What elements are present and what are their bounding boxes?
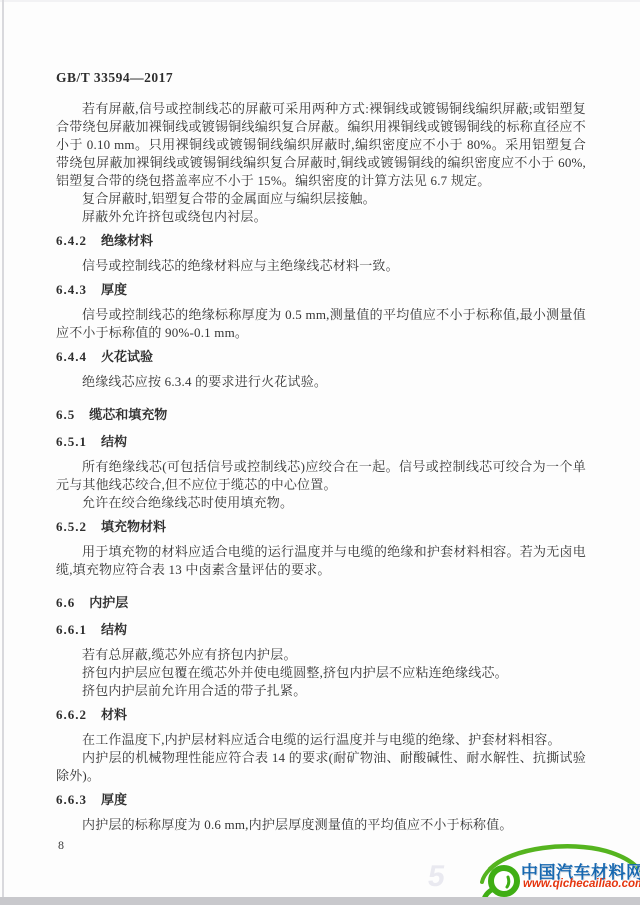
heading-title: 火花试验: [101, 349, 153, 364]
heading-number: 6.4.2: [56, 233, 87, 248]
heading-title: 厚度: [101, 792, 127, 807]
section-heading: 6.6内护层: [56, 594, 586, 612]
paragraph: 屏蔽外允许挤包或绕包内衬层。: [56, 208, 586, 226]
paragraph: 复合屏蔽时,铝塑复合带的金属面应与编织层接触。: [56, 190, 586, 208]
heading-title: 结构: [101, 622, 127, 637]
heading-title: 结构: [101, 434, 127, 449]
heading-number: 6.6.3: [56, 792, 87, 807]
watermark-logo: 中国汽车材料网 www.qichecailiao.com: [478, 841, 640, 901]
paragraph: 内护层的机械物理性能应符合表 14 的要求(耐矿物油、耐酸碱性、耐水解性、抗撕试…: [56, 749, 586, 785]
heading-number: 6.4.3: [56, 282, 87, 297]
standard-number-header: GB/T 33594—2017: [56, 70, 173, 86]
heading-number: 6.4.4: [56, 349, 87, 364]
heading-title: 填充物材料: [101, 519, 166, 534]
heading-title: 厚度: [101, 282, 127, 297]
paragraph: 内护层的标称厚度为 0.6 mm,内护层厚度测量值的平均值应不小于标称值。: [56, 816, 586, 834]
heading-number: 6.5.1: [56, 434, 87, 449]
page-edge-top: [0, 0, 640, 2]
page-edge-left: [2, 0, 4, 897]
scan-artifact-mark: 5: [426, 860, 447, 894]
paragraph: 允许在绞合绝缘线芯时使用填充物。: [56, 494, 586, 512]
paragraph: 挤包内护层应包覆在缆芯外并使电缆圆整,挤包内护层不应粘连绝缘线芯。: [56, 664, 586, 682]
subsection-heading: 6.4.2绝缘材料: [56, 232, 586, 250]
paragraph: 绝缘线芯应按 6.3.4 的要求进行火花试验。: [56, 373, 586, 391]
section-heading: 6.5缆芯和填充物: [56, 406, 586, 424]
paragraph: 若有屏蔽,信号或控制线芯的屏蔽可采用两种方式:裸铜线或镀锡铜线编织屏蔽;或铝塑复…: [56, 100, 586, 190]
paragraph: 所有绝缘线芯(可包括信号或控制线芯)应绞合在一起。信号或控制线芯可绞合为一个单元…: [56, 458, 586, 494]
watermark-site-url: www.qichecailiao.com: [523, 878, 640, 890]
subsection-heading: 6.5.1结构: [56, 433, 586, 451]
subsection-heading: 6.6.2材料: [56, 706, 586, 724]
heading-number: 6.6.2: [56, 707, 87, 722]
paragraph: 在工作温度下,内护层材料应适合电缆的运行温度并与电缆的绝缘、护套材料相容。: [56, 731, 586, 749]
subsection-heading: 6.5.2填充物材料: [56, 518, 586, 536]
subsection-heading: 6.4.3厚度: [56, 281, 586, 299]
heading-number: 6.6.1: [56, 622, 87, 637]
paragraph: 信号或控制线芯的绝缘材料应与主绝缘线芯材料一致。: [56, 257, 586, 275]
subsection-heading: 6.4.4火花试验: [56, 348, 586, 366]
paragraph: 用于填充物的材料应适合电缆的运行温度并与电缆的绝缘和护套材料相容。若为无卤电缆,…: [56, 543, 586, 579]
paragraph: 若有总屏蔽,缆芯外应有挤包内护层。: [56, 646, 586, 664]
subsection-heading: 6.6.3厚度: [56, 791, 586, 809]
heading-title: 缆芯和填充物: [89, 407, 167, 422]
heading-number: 6.5.2: [56, 519, 87, 534]
heading-title: 材料: [101, 707, 127, 722]
heading-number: 6.5: [56, 407, 75, 422]
scanned-document-page: GB/T 33594—2017 若有屏蔽,信号或控制线芯的屏蔽可采用两种方式:裸…: [0, 0, 640, 897]
heading-title: 绝缘材料: [101, 233, 153, 248]
heading-number: 6.6: [56, 595, 75, 610]
heading-title: 内护层: [89, 595, 128, 610]
page-edge-bottom: [0, 897, 640, 905]
document-body: 若有屏蔽,信号或控制线芯的屏蔽可采用两种方式:裸铜线或镀锡铜线编织屏蔽;或铝塑复…: [56, 100, 586, 854]
paragraph: 信号或控制线芯的绝缘标称厚度为 0.5 mm,测量值的平均值应不小于标称值,最小…: [56, 306, 586, 342]
paragraph: 挤包内护层前允许用合适的带子扎紧。: [56, 682, 586, 700]
subsection-heading: 6.6.1结构: [56, 621, 586, 639]
